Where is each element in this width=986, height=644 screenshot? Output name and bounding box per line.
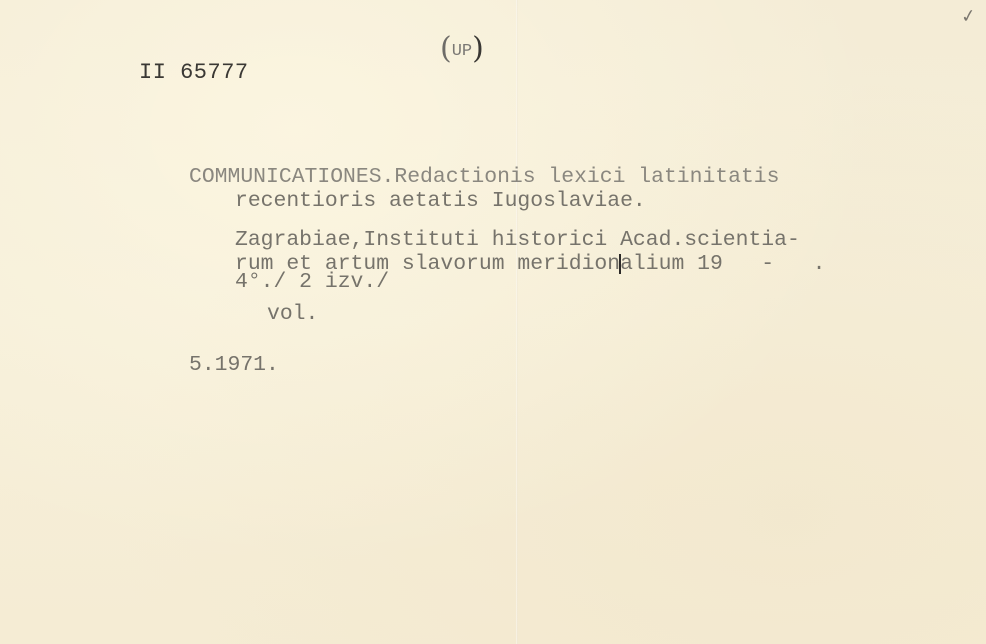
catalog-card: II 65777 (UP) ✓ COMMUNICATIONES.Redactio… [0,0,986,644]
location-mark: (UP) [440,31,484,66]
volumes-note: vol. [267,304,318,325]
location-code: UP [452,42,472,61]
card-fold-line [516,0,518,644]
open-paren: ( [440,31,452,66]
check-mark-icon: ✓ [960,5,978,28]
close-paren: ) [472,31,484,66]
title-line-2: recentioris aetatis Iugoslaviae. [235,191,646,212]
call-number: II 65777 [139,60,249,85]
imprint-line-1: Zagrabiae,Instituti historici Acad.scien… [235,230,800,251]
imprint-line-3: 4°./ 2 izv./ [235,272,389,293]
title-line-1: COMMUNICATIONES.Redactionis lexici latin… [189,167,779,188]
pencil-correction-mark [619,254,621,274]
holdings-date: 5.1971. [189,355,279,376]
